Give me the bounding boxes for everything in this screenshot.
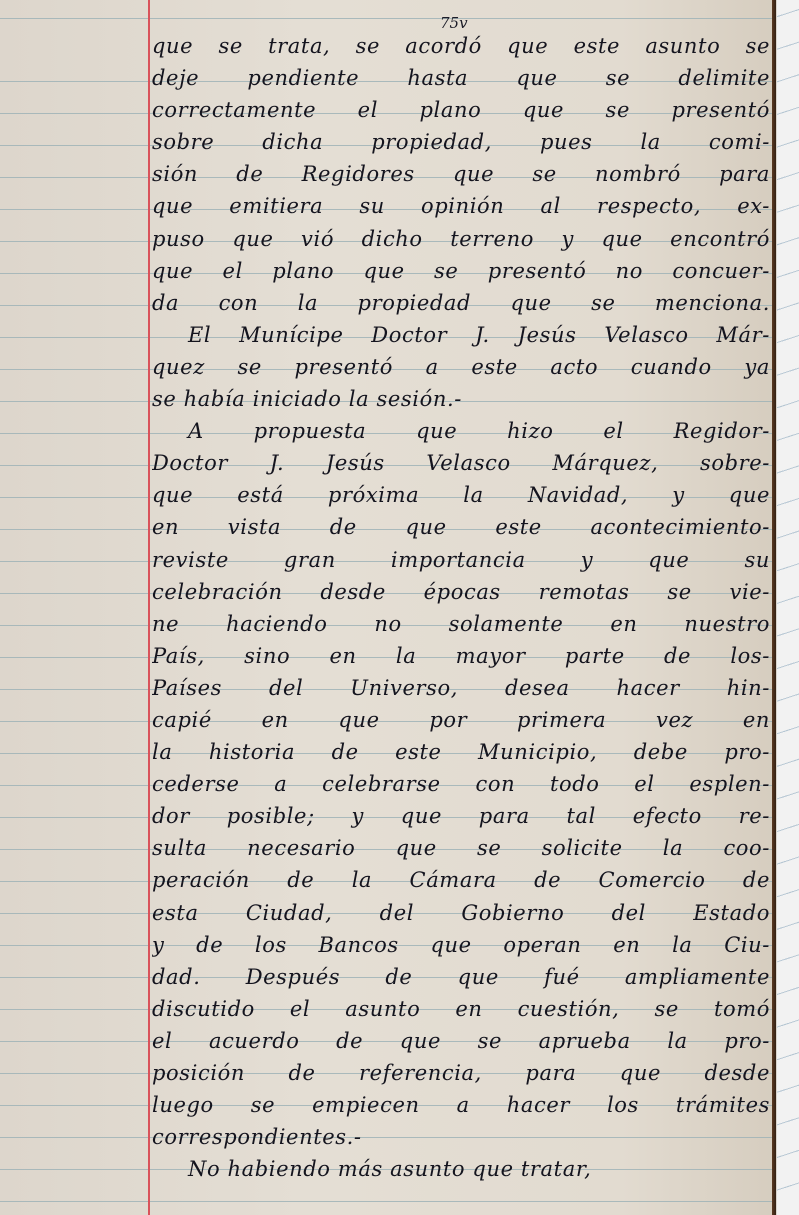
text-line: posición de referencia, para que desde (152, 1057, 770, 1089)
text-line: El Munícipe Doctor J. Jesús Velasco Már- (152, 319, 770, 351)
page-edge-shadow (772, 0, 776, 1215)
handwritten-minutes: que se trata, se acordó que este asunto … (152, 30, 770, 1185)
text-line: se había iniciado la sesión.- (152, 383, 770, 415)
text-line: la historia de este Municipio, debe pro- (152, 736, 770, 768)
text-line: No habiendo más asunto que tratar, (152, 1153, 770, 1185)
text-line: que el plano que se presentó no concuer- (152, 255, 770, 287)
bleed-through-text (20, 100, 140, 1100)
text-line: A propuesta que hizo el Regidor- (152, 415, 770, 447)
text-line: discutido el asunto en cuestión, se tomó (152, 993, 770, 1025)
text-line: quez se presentó a este acto cuando ya (152, 351, 770, 383)
text-line: cederse a celebrarse con todo el esplen- (152, 768, 770, 800)
text-line: correspondientes.- (152, 1121, 770, 1153)
text-line: sión de Regidores que se nombró para (152, 158, 770, 190)
text-line: ne haciendo no solamente en nuestro (152, 608, 770, 640)
text-line: esta Ciudad, del Gobierno del Estado (152, 897, 770, 929)
text-line: el acuerdo de que se aprueba la pro- (152, 1025, 770, 1057)
text-line: da con la propiedad que se menciona. (152, 287, 770, 319)
ledger-page: 75v que se trata, se acordó que este asu… (0, 0, 776, 1215)
text-line: capié en que por primera vez en (152, 704, 770, 736)
text-line: Países del Universo, desea hacer hin- (152, 672, 770, 704)
text-line: correctamente el plano que se presentó (152, 94, 770, 126)
text-line: puso que vió dicho terreno y que encontr… (152, 223, 770, 255)
text-line: peración de la Cámara de Comercio de (152, 864, 770, 896)
text-line: en vista de que este acontecimiento- (152, 511, 770, 543)
text-line: que está próxima la Navidad, y que (152, 479, 770, 511)
text-line: que se trata, se acordó que este asunto … (152, 30, 770, 62)
text-line: deje pendiente hasta que se delimite (152, 62, 770, 94)
red-margin-rule (148, 0, 150, 1215)
text-line: Doctor J. Jesús Velasco Márquez, sobre- (152, 447, 770, 479)
text-line: celebración desde épocas remotas se vie- (152, 576, 770, 608)
text-line: luego se empiecen a hacer los trámites (152, 1089, 770, 1121)
adjacent-page-edge (777, 0, 799, 1215)
text-line: y de los Bancos que operan en la Ciu- (152, 929, 770, 961)
text-line: que emitiera su opinión al respecto, ex- (152, 190, 770, 222)
text-line: reviste gran importancia y que su (152, 544, 770, 576)
text-line: sulta necesario que se solicite la coo- (152, 832, 770, 864)
text-line: País, sino en la mayor parte de los- (152, 640, 770, 672)
text-line: dad. Después de que fué ampliamente (152, 961, 770, 993)
text-line: sobre dicha propiedad, pues la comi- (152, 126, 770, 158)
text-line: dor posible; y que para tal efecto re- (152, 800, 770, 832)
